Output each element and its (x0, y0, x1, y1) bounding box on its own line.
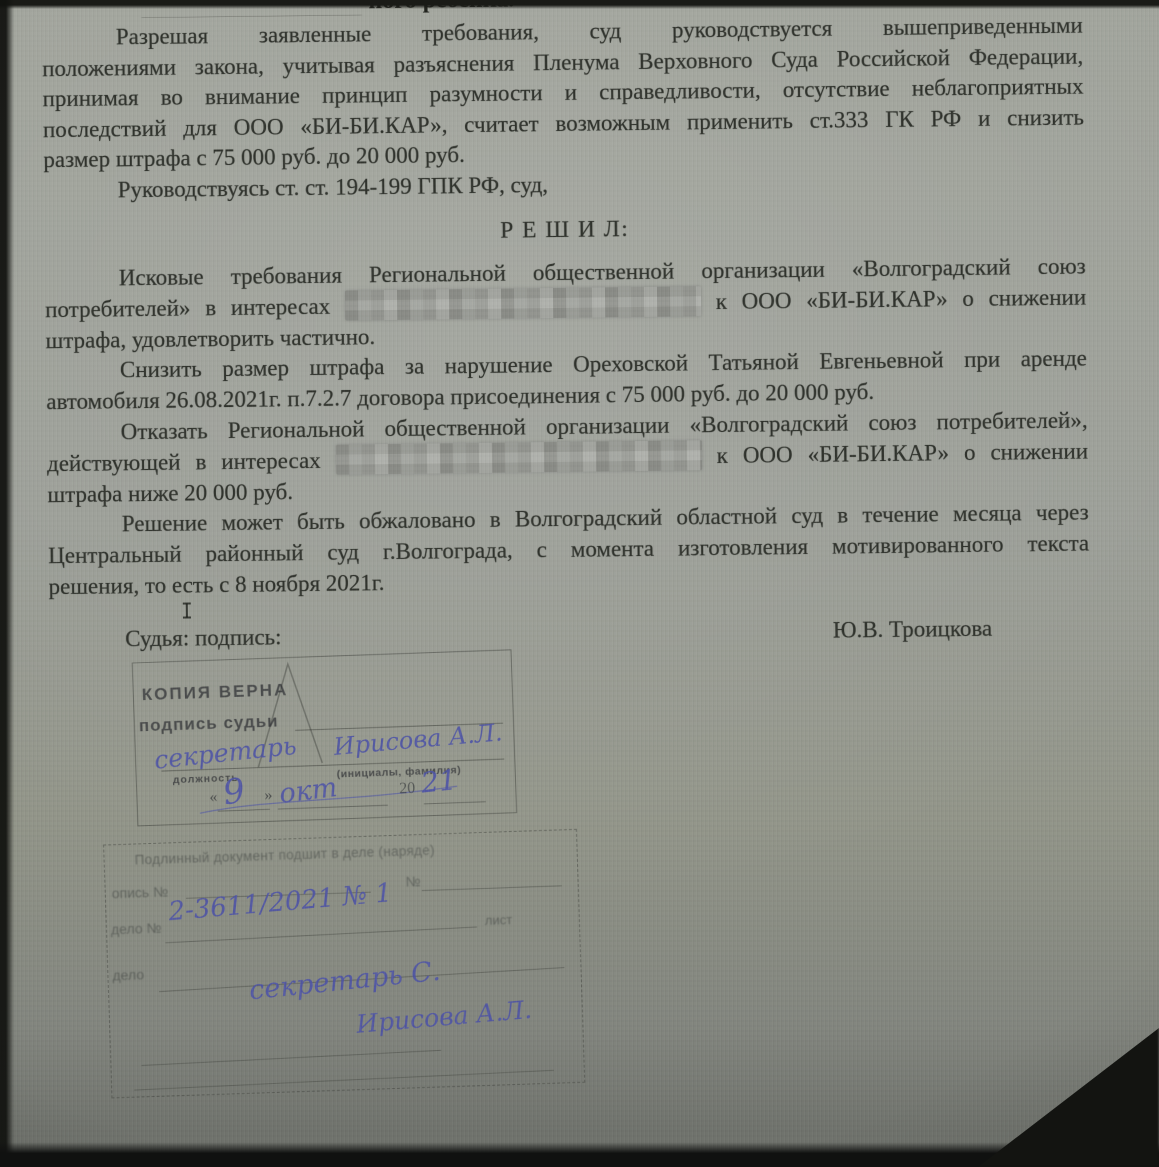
sheet-label: лист (485, 912, 513, 928)
text-run: к ООО «БИ-БИ.КАР» о снижении (716, 285, 1087, 315)
case-label: дело (112, 966, 144, 983)
close-quote: » (264, 787, 273, 805)
text-run: действующей в интересах (47, 448, 321, 476)
judge-name: Ю.В. Троицкова (833, 616, 993, 644)
number-label: № (405, 873, 421, 889)
signature-row: Судья: подпись: Ю.В. Троицкова (49, 614, 1092, 653)
court-decision-document: ного ребенка. Разрешая заявленные требов… (0, 0, 1159, 1167)
paragraph: Разрешая заявленные требования, суд руко… (42, 11, 1085, 177)
year-prefix: 20 (399, 780, 416, 799)
case-line (165, 926, 477, 943)
open-quote: « (209, 789, 218, 807)
paragraph: Исковые требования Региональной обществе… (45, 251, 1087, 356)
blank-line (134, 1070, 554, 1091)
resolution-heading: Р Е Ш И Л: (44, 208, 1085, 252)
copy-certification-stamp: КОПИЯ ВЕРНА подпись судьи секретарь Ирис… (132, 649, 517, 826)
text-run: размер штрафа с 75 000 руб. до 20 000 ру… (43, 142, 465, 172)
redacted-text (345, 286, 701, 320)
text-run: штрафа, удовлетворить частично. (45, 324, 375, 353)
ibeam-mark (186, 604, 188, 618)
text-run: штрафа ниже 20 000 руб. (47, 479, 293, 507)
number-line (422, 885, 562, 891)
handwritten-year: 21 (419, 763, 458, 800)
text-run: к ООО «БИ-БИ.КАР» о снижении (717, 439, 1089, 469)
case-file-stamp: Подлинный документ подшит в деле (наряде… (103, 829, 585, 1099)
handwritten-role: секретарь С. (248, 956, 442, 1007)
page-number-mark: 3 (1093, 1076, 1101, 1093)
photo-of-document: ного ребенка. Разрешая заявленные требов… (0, 0, 1159, 1167)
text-run: решения, то есть с 8 ноября 2021г. (48, 570, 384, 599)
original-filed-label: Подлинный документ подшит в деле (наряде… (134, 843, 435, 868)
blank-line (141, 1050, 441, 1066)
handwritten-name: Ирисова А.Л. (355, 995, 533, 1039)
inventory-number-label: опись № (111, 883, 168, 901)
text-run: Руководствуясь ст. ст. 194-199 ГПК РФ, с… (118, 172, 549, 202)
case-number-label: дело № (111, 920, 162, 938)
paragraph: Отказать Региональной общественной орган… (46, 405, 1088, 510)
paragraph: Решение может быть обжаловано в Волгогра… (48, 498, 1090, 602)
judge-signature-label: Судья: подпись: (125, 624, 282, 652)
redacted-text (336, 440, 702, 474)
document-text: Разрешая заявленные требования, суд руко… (41, 0, 1089, 602)
text-run: потребителей» в интересах (45, 294, 330, 322)
handwritten-case-number: 2-3611/2021 № 1 (167, 878, 393, 927)
